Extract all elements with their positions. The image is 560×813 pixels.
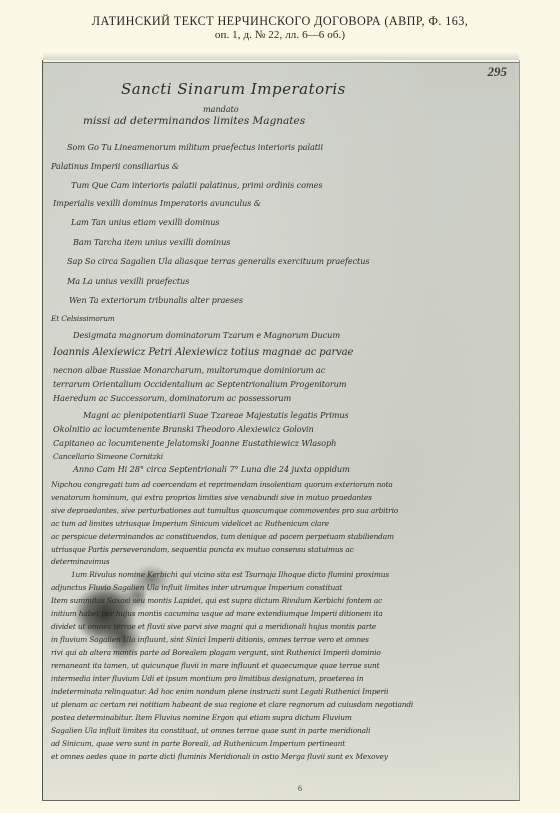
article-line: et omnes aedes quae in parte dicti flumi… — [51, 752, 388, 761]
ink-stain-small — [131, 565, 171, 593]
article-line: ad Sinicum, quae vero sunt in parte Bore… — [51, 739, 345, 748]
manuscript-sheet: 295 Sancti Sinarum Imperatoris mandato m… — [42, 60, 520, 801]
preamble-line: sive depraedantes, sive perturbationes a… — [51, 506, 398, 515]
plenipotentiary-line: Cancellario Simeone Cornitzki — [53, 452, 163, 461]
envoy-line: Bam Tarcha item unius vexilli dominus — [73, 237, 230, 247]
article-line: postea determinabitur. Item Fluvius nomi… — [51, 713, 352, 722]
preamble-line: determinavimus — [51, 557, 110, 566]
plenipotentiary-line: Capitaneo ac locumtenente Jelatomski Joa… — [53, 438, 336, 448]
envoy-line: Tum Que Cam interioris palatii palatinus… — [71, 180, 323, 190]
folio-number: 295 — [488, 64, 508, 80]
envoy-line: Lam Tan unius etiam vexilli dominus — [71, 217, 219, 227]
russian-party-line: terrarum Orientalium Occidentalium ac Se… — [53, 379, 346, 389]
preamble-line: Nipchou congregati tum ad coercendam et … — [51, 480, 393, 489]
caption-title: ЛАТИНСКИЙ ТЕКСТ НЕРЧИНСКОГО ДОГОВОРА (АВ… — [0, 14, 560, 28]
article-line: indeterminata relinquatur. Ad hoc enim n… — [51, 687, 388, 696]
envoy-line: Som Go Tu Lineamenorum militum praefectu… — [67, 142, 323, 152]
preamble-line: ac tum ad limites utriusque Imperium Sin… — [51, 519, 329, 528]
envoy-line: Ma La unius vexilli praefectus — [67, 276, 189, 286]
article-line: intermedia inter fluvium Udi et ipsum mo… — [51, 674, 363, 683]
preamble-line: utriusque Partis perseverandam, sequenti… — [51, 545, 354, 554]
envoy-line: Sap So circa Sagalien Ula aliasque terra… — [67, 256, 370, 266]
envoy-line: Palatinus Imperii consiliarius & — [51, 161, 179, 171]
russian-party-line: Haeredum ac Successorum, dominatorum ac … — [53, 393, 291, 403]
plenipotentiary-line: Okolnitio ac locumtenente Branski Theodo… — [53, 424, 314, 434]
envoy-line: Wen Ta exteriorum tribunalis alter praes… — [69, 295, 243, 305]
plenipotentiary-line: Magni ac plenipotentiarii Suae Tzareae M… — [83, 410, 349, 420]
russian-party-line: Desigmata magnorum dominatorum Tzarum e … — [73, 330, 340, 340]
article-line: Sagalien Ula influit limites ita constit… — [51, 726, 370, 735]
russian-party-line: Et Celsissimorum — [51, 314, 115, 323]
heading-line-2: mandato — [203, 104, 239, 114]
envoy-line: Imperialis vexilli dominus Imperatoris a… — [53, 198, 261, 208]
preamble-line: venatorum hominum, qui extra proprios li… — [51, 493, 372, 502]
caption-reference: оп. 1, д. № 22, лл. 6—6 об.) — [0, 28, 560, 42]
russian-party-line: Ioannis Alexiewicz Petri Alexiewicz toti… — [53, 347, 353, 358]
heading-line-3: missi ad determinandos limites Magnates — [83, 115, 305, 127]
heading-line-1: Sancti Sinarum Imperatoris — [121, 80, 346, 98]
russian-party-line: necnon albae Russiae Monarcharum, multor… — [53, 365, 325, 375]
article-line: ut plenam ac certam rei notitiam habeant… — [51, 700, 413, 709]
page-number: 6 — [298, 784, 302, 793]
preamble-line: ac perspicue determinandos ac constituen… — [51, 532, 394, 541]
preamble-line: Anno Cam Hi 28° circa Septentrionali 7° … — [73, 464, 350, 474]
archive-caption: ЛАТИНСКИЙ ТЕКСТ НЕРЧИНСКОГО ДОГОВОРА (АВ… — [0, 14, 560, 42]
